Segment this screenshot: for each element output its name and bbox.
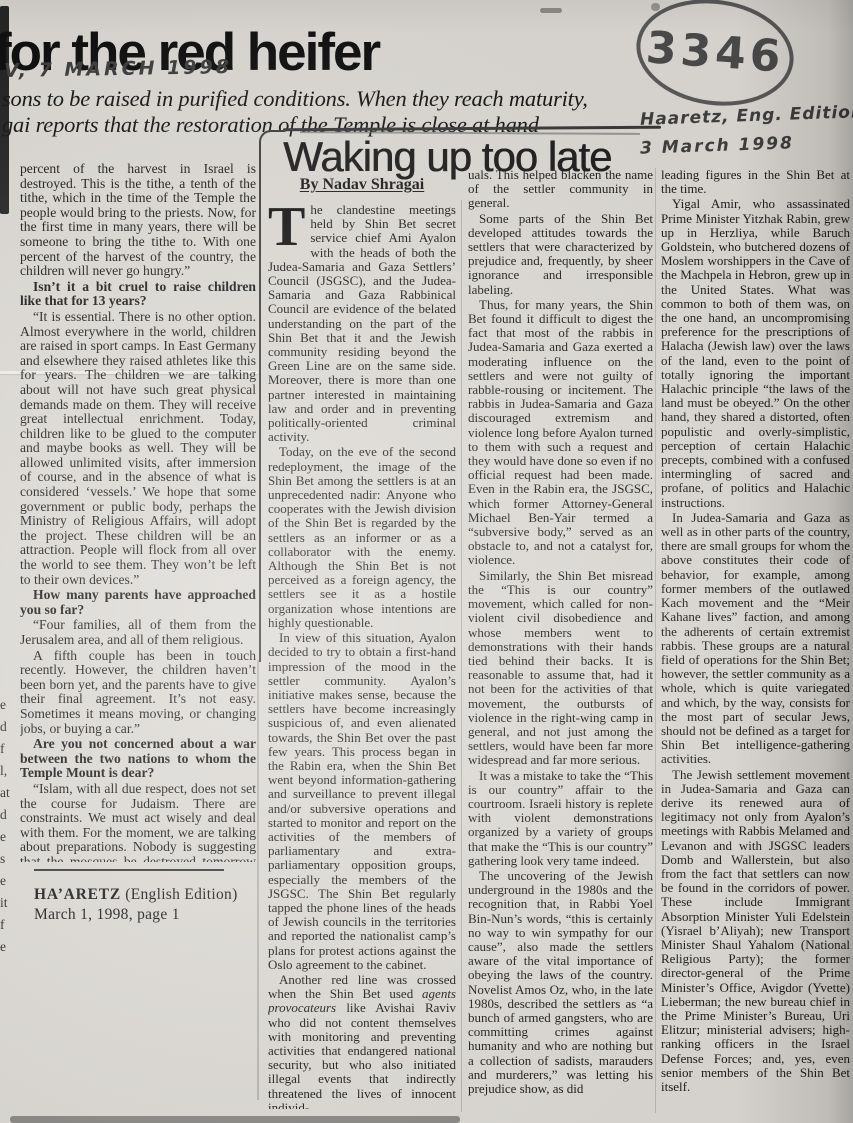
credit-line-2: March 1, 1998, page 1 (34, 905, 244, 925)
text-fragment: e (0, 870, 16, 892)
handwritten-source-annotation: Haaretz, Eng. Edition (640, 102, 853, 130)
paragraph: The clandestine meetings held by Shin Be… (268, 203, 456, 444)
paragraph: It was a mistake to take the “This is ou… (468, 769, 653, 868)
interview-column: percent of the harvest in Israel is dest… (20, 162, 256, 862)
text-fragment: it (0, 892, 16, 914)
article-column-2: uals. This helped blacken the name of th… (468, 168, 653, 1114)
text-fragment: l, (0, 760, 16, 782)
catalog-circle-annotation: 3346 (629, 0, 800, 115)
article-column-1: The clandestine meetings held by Shin Be… (268, 203, 456, 1109)
drop-cap: T (268, 203, 310, 249)
text-fragment: at (0, 782, 16, 804)
text-fragment: e (0, 694, 16, 716)
clipping-outline (259, 142, 261, 662)
article-byline: By Nadav Shragai (268, 176, 456, 194)
paragraph: Another red line was crossed when the Sh… (268, 973, 456, 1109)
interview-question: Are you not concerned about a war betwee… (20, 737, 256, 781)
text-fragment: d (0, 716, 16, 738)
interview-question: Isn’t it a bit cruel to raise children l… (20, 280, 256, 309)
paragraph: The Jewish settlement movement in Judea-… (661, 768, 850, 1095)
text-fragment: e (0, 936, 16, 958)
column-rule (461, 200, 462, 1112)
cutoff-text-fragments: e d f l, at d e s e it f e (0, 694, 16, 984)
paragraph: Some parts of the Shin Bet developed att… (468, 212, 653, 297)
scan-smudge (540, 8, 562, 13)
text-fragment: d (0, 804, 16, 826)
text-fragment: f (0, 738, 16, 760)
paragraph: Yigal Amir, who assassinated Prime Minis… (661, 197, 850, 509)
paragraph: “It is essential. There is no other opti… (20, 310, 256, 587)
catalog-number: 3346 (644, 22, 786, 83)
paragraph: “Islam, with all due respect, does not s… (20, 782, 256, 862)
paragraph: leading figures in the Shin Bet at the t… (661, 168, 850, 196)
paragraph: The uncovering of the Jewish underground… (468, 869, 653, 1096)
interview-question: How many parents have approached you so … (20, 588, 256, 617)
credit-rule (34, 869, 224, 871)
paragraph: Similarly, the Shin Bet misread the “Thi… (468, 569, 653, 768)
newspaper-clipping-scan: for the red heifer V, 7 MARCH 1998 sons … (0, 0, 853, 1123)
paragraph: Thus, for many years, the Shin Bet found… (468, 298, 653, 568)
text-fragment: s (0, 848, 16, 870)
paragraph: In view of this situation, Ayalon decide… (268, 631, 456, 972)
credit-line-1: HA’ARETZ (English Edition) (34, 885, 244, 905)
deck-line: sons to be raised in purified conditions… (2, 86, 588, 112)
publication-name: HA’ARETZ (34, 886, 121, 903)
paragraph: percent of the harvest in Israel is dest… (20, 162, 256, 279)
text-fragment: f (0, 914, 16, 936)
column-rule (655, 168, 656, 1113)
column-rule (257, 660, 259, 1100)
credit-box: HA’ARETZ (English Edition) March 1, 1998… (34, 885, 244, 925)
scan-edge-shadow (10, 1116, 460, 1123)
publication-edition: (English Edition) (121, 886, 237, 903)
paragraph: uals. This helped blacken the name of th… (468, 168, 653, 211)
article-column-3: leading figures in the Shin Bet at the t… (661, 168, 850, 1114)
paragraph: In Judea-Samaria and Gaza as well as in … (661, 511, 850, 767)
paragraph: Today, on the eve of the second redeploy… (268, 445, 456, 630)
paragraph-text: like Avishai Raviv who did not content t… (268, 1000, 456, 1109)
paragraph: “Four families, all of them from the Jer… (20, 618, 256, 647)
handwritten-date-annotation: V, 7 MARCH 1998 (4, 56, 232, 82)
paragraph: A fifth couple has been in touch recentl… (20, 649, 256, 737)
byline-text: By Nadav Shragai (300, 176, 424, 193)
text-fragment: e (0, 826, 16, 848)
clipping-outline-hook (259, 130, 283, 146)
